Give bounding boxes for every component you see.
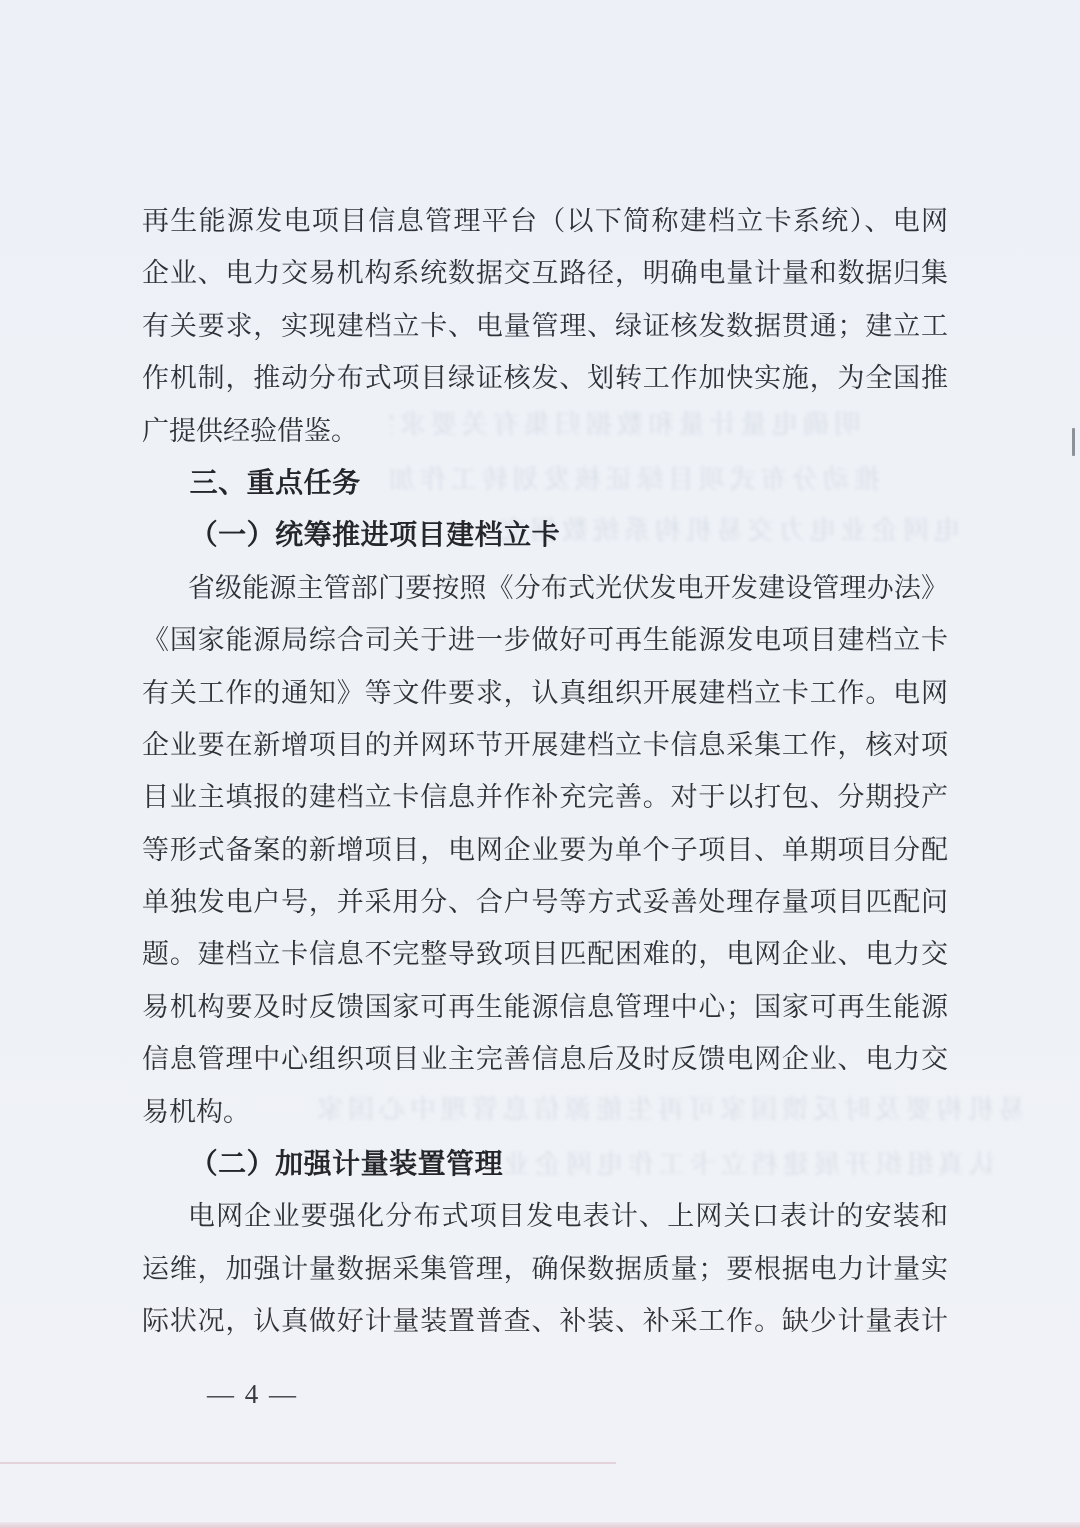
document-line: 目业主填报的建档立卡信息并作补充完善。对于以打包、分期投产 [142, 771, 948, 823]
section-heading: 三、重点任务 [142, 457, 948, 509]
document-line: 单独发电户号，并采用分、合户号等方式妥善处理存量项目匹配问 [142, 876, 948, 928]
scan-edge-mark [1072, 428, 1075, 456]
document-line: 有关要求，实现建档立卡、电量管理、绿证核发数据贯通；建立工 [142, 300, 948, 352]
scanned-document-page: 明确电量计量和数据归集有关要求实现建档推动分布式项目绿证核发划转工作加快实施电网… [0, 0, 1080, 1528]
document-line: 等形式备案的新增项目，电网企业要为单个子项目、单期项目分配 [142, 824, 948, 876]
document-line: 企业、电力交易机构系统数据交互路径，明确电量计量和数据归集 [142, 247, 948, 299]
document-line: 广提供经验借鉴。 [142, 405, 948, 457]
document-line: 际状况，认真做好计量装置普查、补装、补采工作。缺少计量表计 [142, 1295, 948, 1347]
document-line: 易机构。 [142, 1086, 948, 1138]
document-line: 题。建档立卡信息不完整导致项目匹配困难的，电网企业、电力交 [142, 928, 948, 980]
document-line: 运维，加强计量数据采集管理，确保数据质量；要根据电力计量实 [142, 1243, 948, 1295]
document-line: 《国家能源局综合司关于进一步做好可再生能源发电项目建档立卡 [142, 614, 948, 666]
document-line: 易机构要及时反馈国家可再生能源信息管理中心；国家可再生能源 [142, 981, 948, 1033]
document-text: 再生能源发电项目信息管理平台（以下简称建档立卡系统）、电网企业、电力交易机构系统… [142, 195, 948, 1348]
section-heading: （一）统筹推进项目建档立卡 [142, 509, 948, 561]
section-heading: （二）加强计量装置管理 [142, 1138, 948, 1190]
document-line: 电网企业要强化分布式项目发电表计、上网关口表计的安装和 [142, 1190, 948, 1242]
scan-artifact-line [0, 1462, 616, 1464]
document-line: 企业要在新增项目的并网环节开展建档立卡信息采集工作，核对项 [142, 719, 948, 771]
document-line: 再生能源发电项目信息管理平台（以下简称建档立卡系统）、电网 [142, 195, 948, 247]
document-line: 省级能源主管部门要按照《分布式光伏发电开发建设管理办法》 [142, 562, 948, 614]
document-line: 有关工作的通知》等文件要求，认真组织开展建档立卡工作。电网 [142, 667, 948, 719]
document-line: 信息管理中心组织项目业主完善信息后及时反馈电网企业、电力交 [142, 1033, 948, 1085]
document-line: 作机制，推动分布式项目绿证核发、划转工作加快实施，为全国推 [142, 352, 948, 404]
scan-edge-line [0, 1522, 1080, 1528]
page-number: — 4 — [165, 1376, 340, 1412]
